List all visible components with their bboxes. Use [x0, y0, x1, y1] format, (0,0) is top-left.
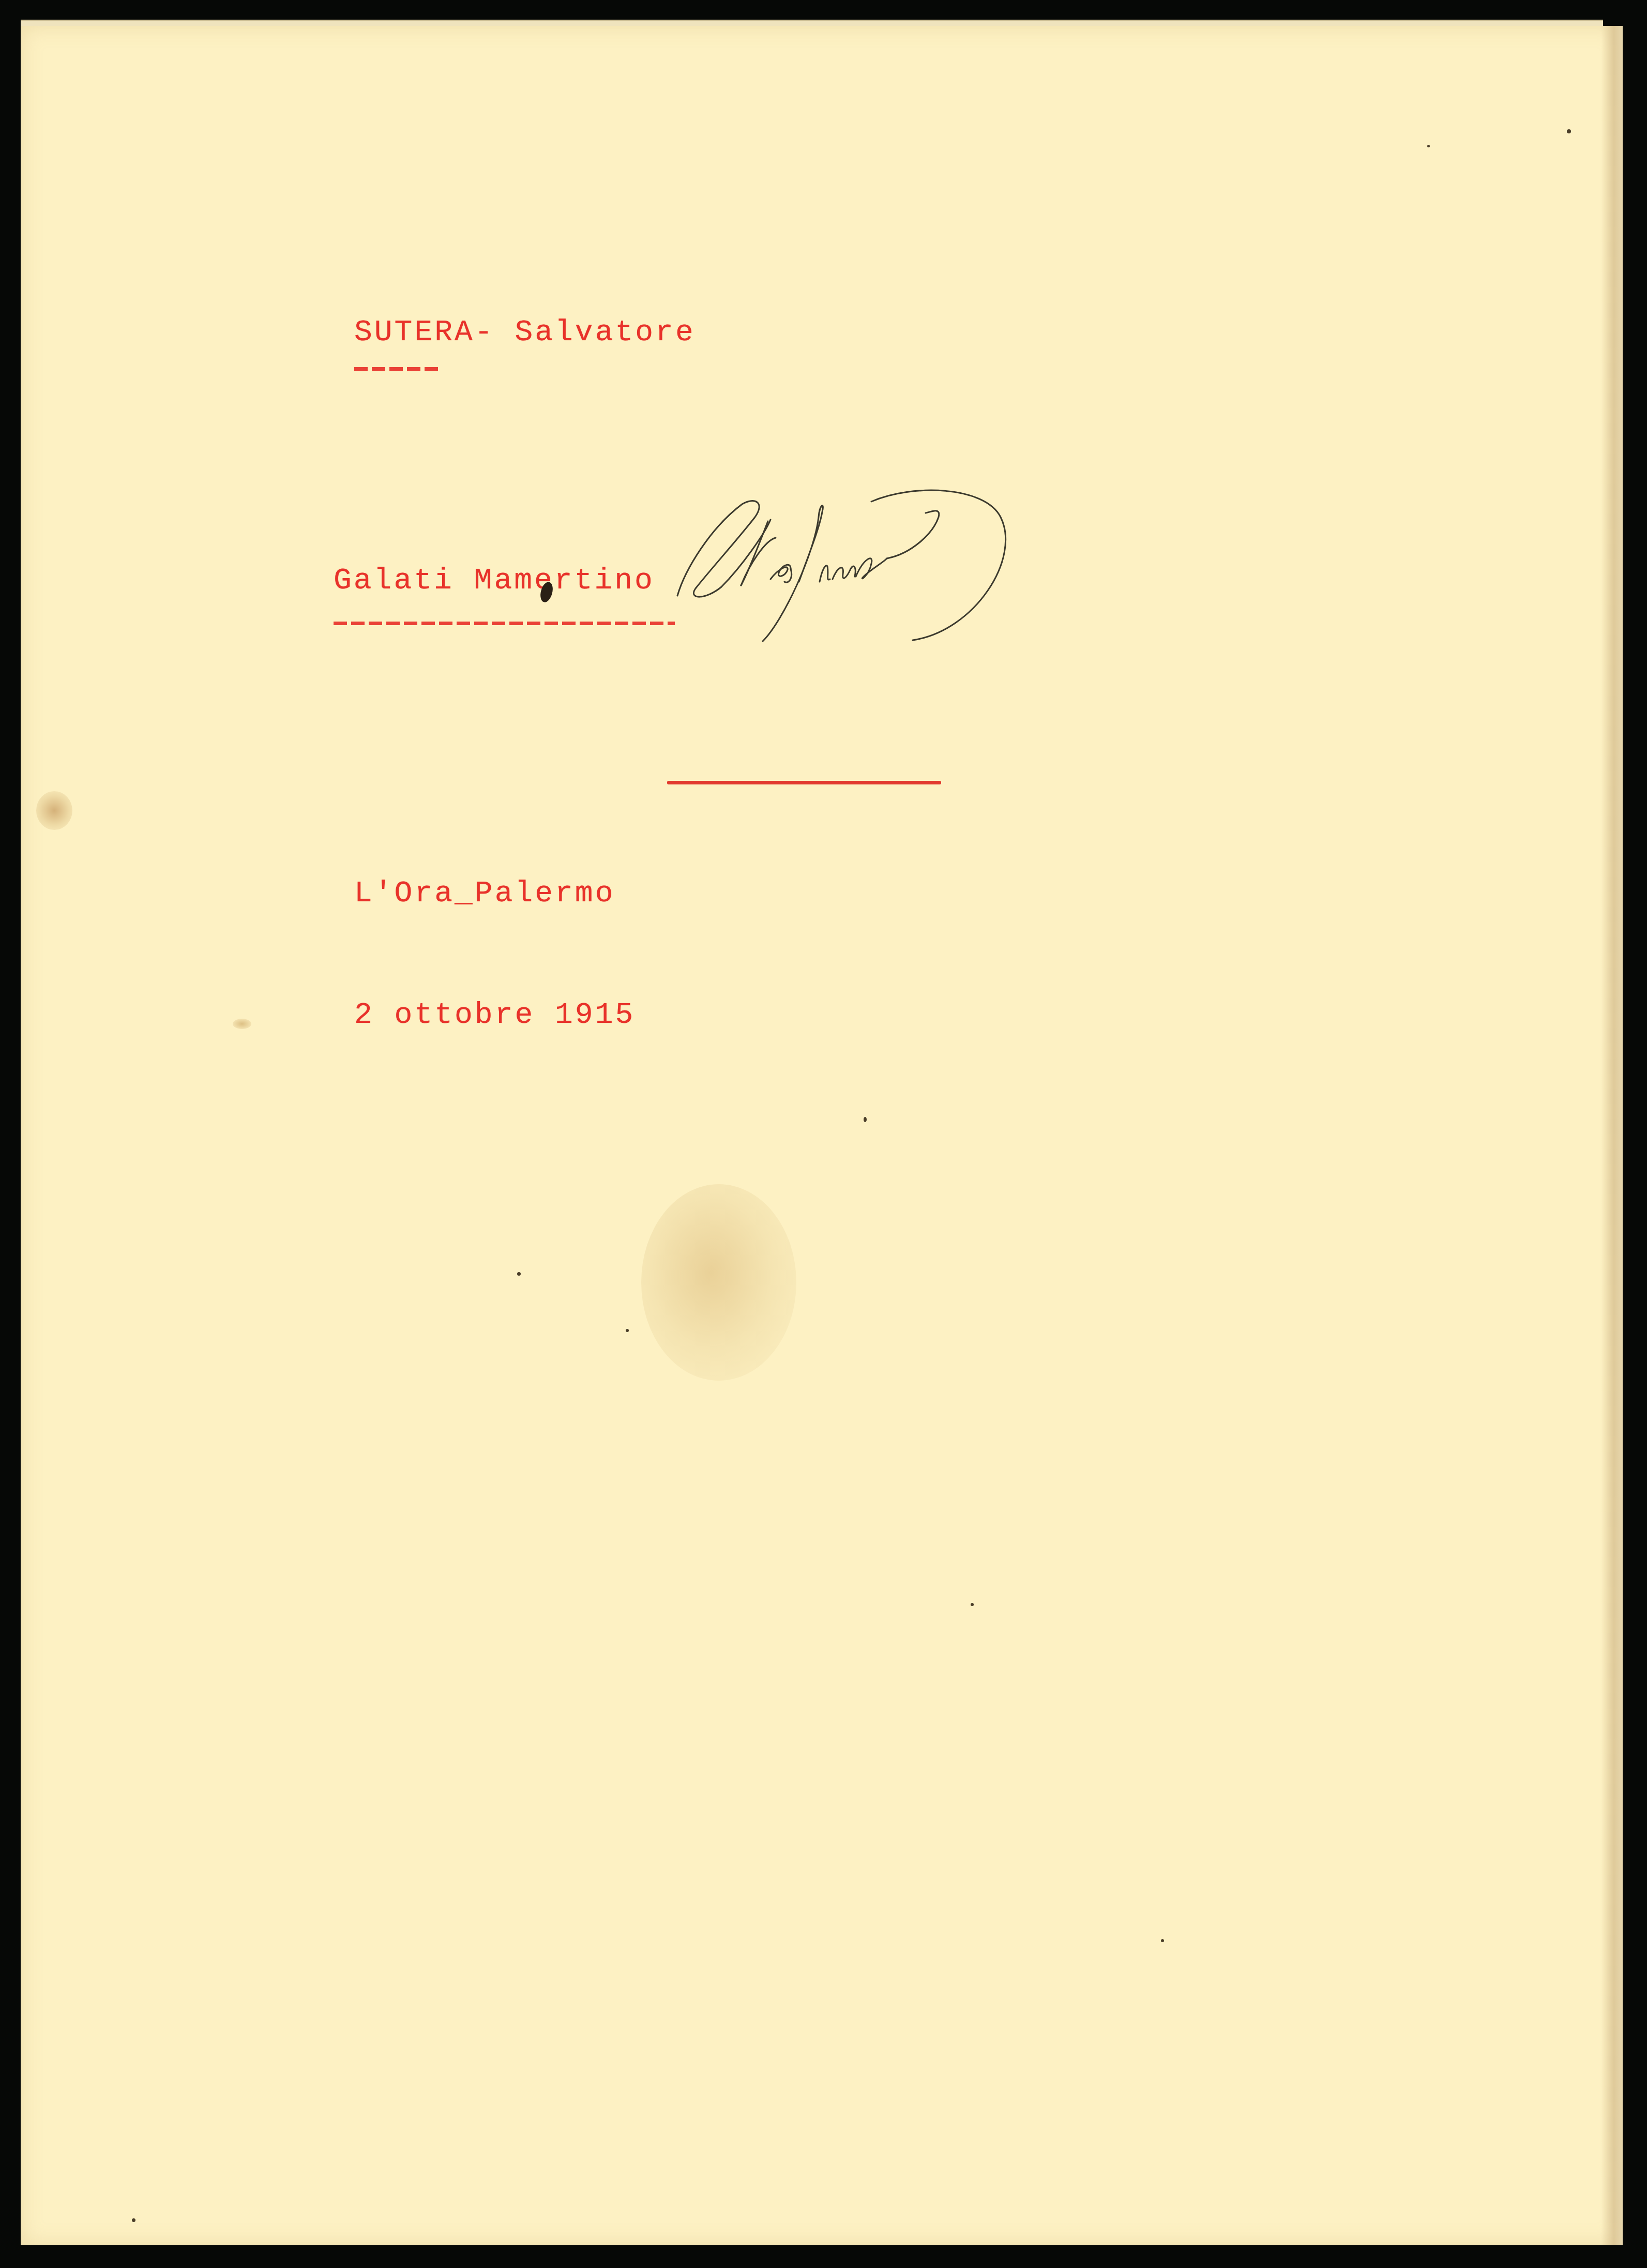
left-edge-stain — [36, 791, 72, 830]
date-line: 2 ottobre 1915 — [354, 1001, 635, 1031]
place-underline — [334, 622, 675, 625]
handwritten-annotation — [664, 476, 1026, 662]
separator-rule — [667, 781, 941, 784]
speck — [132, 2218, 135, 2222]
speck — [517, 1272, 521, 1276]
speck — [1567, 129, 1571, 133]
speck — [971, 1603, 974, 1606]
small-stain — [233, 1019, 251, 1029]
speck — [864, 1117, 867, 1122]
name-line: SUTERA- Salvatore — [354, 318, 696, 348]
source-line: L'Ora_Palermo — [354, 879, 615, 909]
speck — [626, 1329, 629, 1332]
speck — [1161, 1939, 1164, 1942]
center-stain — [641, 1184, 796, 1381]
speck — [1427, 145, 1430, 147]
document-page: SUTERA- Salvatore Galati Mamertino L'Ora… — [21, 26, 1623, 2245]
place-line: Galati Mamertino — [334, 566, 655, 596]
name-underline — [354, 367, 442, 371]
